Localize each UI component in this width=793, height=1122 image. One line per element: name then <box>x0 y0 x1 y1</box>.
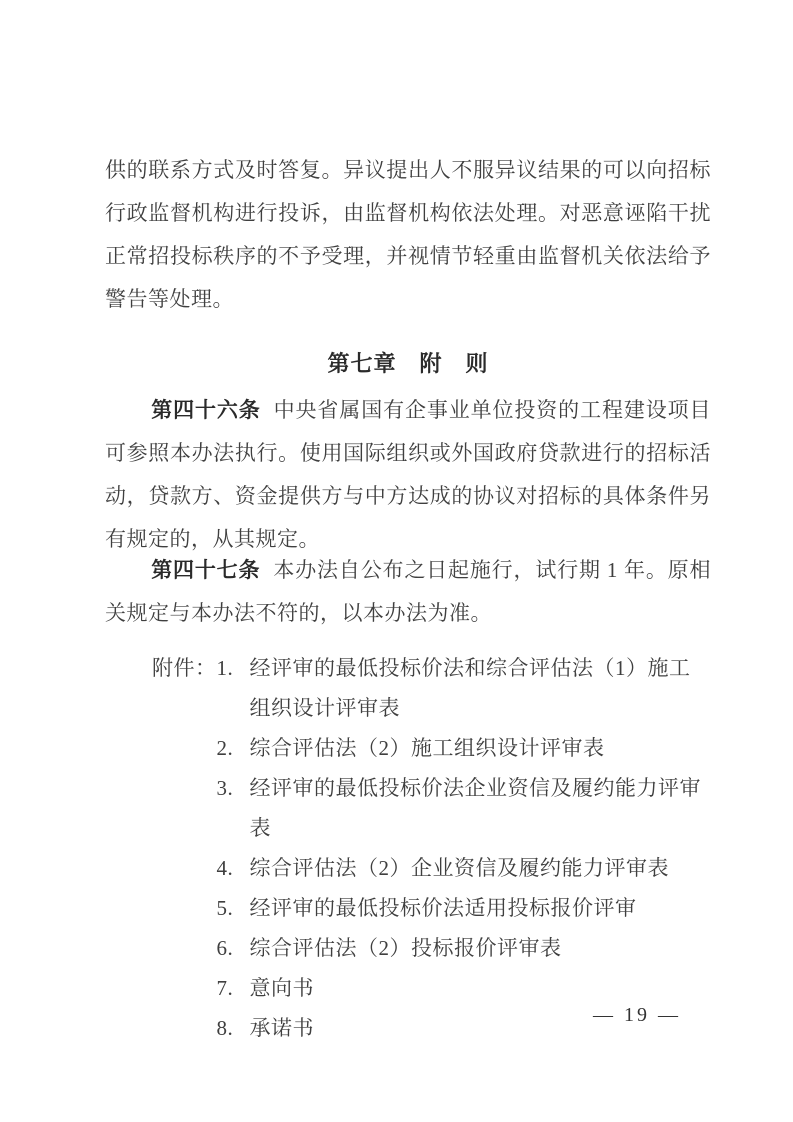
attachments-label: 附件： <box>152 648 217 688</box>
attachment-item-number: 3. <box>217 768 250 848</box>
attachment-item-number: 8. <box>217 1008 250 1048</box>
attachment-item-text: 综合评估法（2）施工组织设计评审表 <box>250 728 712 768</box>
attachment-item: 4. 综合评估法（2）企业资信及履约能力评审表 <box>217 848 712 888</box>
attachment-item: 3. 经评审的最低投标价法企业资信及履约能力评审表 <box>217 768 712 848</box>
attachment-item: 2. 综合评估法（2）施工组织设计评审表 <box>217 728 712 768</box>
article-47-paragraph: 第四十七条本办法自公布之日起施行，试行期 1 年。原相关规定与本办法不符的，以本… <box>105 549 711 635</box>
attachment-item-text: 经评审的最低投标价法企业资信及履约能力评审表 <box>250 768 712 848</box>
attachments-section: 附件： 1. 经评审的最低投标价法和综合评估法（1）施工组织设计评审表 2. 综… <box>152 648 711 1048</box>
attachment-item-number: 6. <box>217 928 250 968</box>
attachment-item-text: 综合评估法（2）企业资信及履约能力评审表 <box>250 848 712 888</box>
attachment-item: 5. 经评审的最低投标价法适用投标报价评审 <box>217 888 712 928</box>
chapter-heading: 第七章 附 则 <box>105 342 711 385</box>
page-number: — 19 — <box>593 1000 681 1030</box>
attachment-item-number: 2. <box>217 728 250 768</box>
attachment-item-text: 经评审的最低投标价法适用投标报价评审 <box>250 888 712 928</box>
article-46-paragraph: 第四十六条中央省属国有企事业单位投资的工程建设项目可参照本办法执行。使用国际组织… <box>105 389 711 561</box>
attachment-item: 6. 综合评估法（2）投标报价评审表 <box>217 928 712 968</box>
continuation-paragraph: 供的联系方式及时答复。异议提出人不服异议结果的可以向招标行政监督机构进行投诉，由… <box>105 149 711 321</box>
attachment-item-number: 4. <box>217 848 250 888</box>
attachment-item-number: 1. <box>217 648 250 728</box>
article-47-label: 第四十七条 <box>151 558 260 582</box>
attachment-item-number: 5. <box>217 888 250 928</box>
attachment-item-text: 经评审的最低投标价法和综合评估法（1）施工组织设计评审表 <box>250 648 712 728</box>
document-page: { "page": { "continuation_paragraph": "供… <box>0 0 793 1122</box>
attachment-item-text: 综合评估法（2）投标报价评审表 <box>250 928 712 968</box>
attachment-item: 1. 经评审的最低投标价法和综合评估法（1）施工组织设计评审表 <box>217 648 712 728</box>
attachments-list: 1. 经评审的最低投标价法和综合评估法（1）施工组织设计评审表 2. 综合评估法… <box>217 648 712 1048</box>
article-46-label: 第四十六条 <box>151 398 260 422</box>
attachment-item-number: 7. <box>217 968 250 1008</box>
